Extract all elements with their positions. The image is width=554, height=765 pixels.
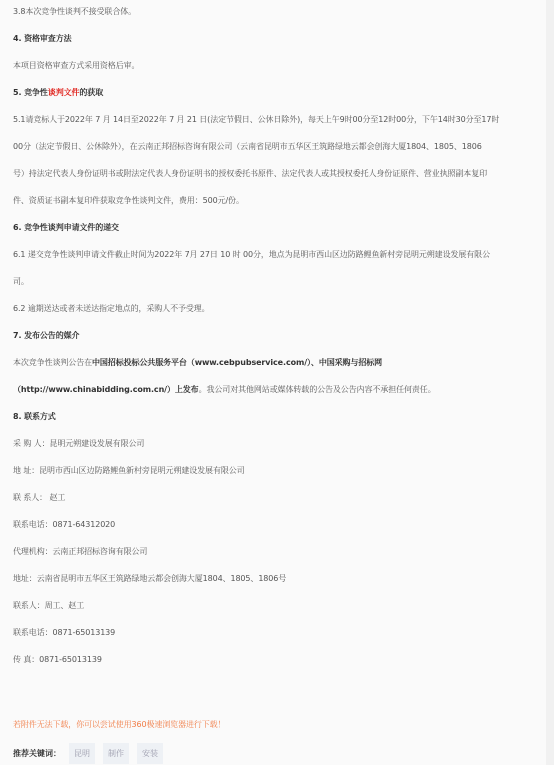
section-4-heading: 4. 资格审查方法 xyxy=(13,33,72,45)
chinabidding-link-text: （http://www.chinabidding.com.cn/）上发布 xyxy=(13,385,199,394)
keyword-tag[interactable]: 昆明 xyxy=(69,743,95,764)
purchaser-contact: 联 系人： 赵工 xyxy=(13,492,65,504)
section-7-line-2: （http://www.chinabidding.com.cn/）上发布。我公司… xyxy=(13,384,436,396)
section-5-line-4: 件、资质证书副本复印件获取竞争性谈判文件，费用：500元/份。 xyxy=(13,195,244,207)
purchaser-phone: 联系电话：0871-64312020 xyxy=(13,519,115,531)
clause-6-2: 6.2 逾期送达或者未送达指定地点的，采购人不予受理。 xyxy=(13,303,210,315)
agency-name: 代理机构：云南正邦招标咨询有限公司 xyxy=(13,546,147,558)
agency-address: 地址：云南省昆明市五华区王筑路绿地云都会创海大厦1804、1805、1806号 xyxy=(13,573,286,585)
section-7-heading: 7. 发布公告的媒介 xyxy=(13,330,79,342)
section-7-line-1-prefix: 本次竞争性谈判公告在 xyxy=(13,358,92,367)
section-8-heading: 8. 联系方式 xyxy=(13,411,56,423)
publication-platforms: 中国招标投标公共服务平台（www.cebpubservice.com/）、中国采… xyxy=(92,358,382,367)
agency-phone: 联系电话：0871-65013139 xyxy=(13,627,115,639)
section-7-line-1: 本次竞争性谈判公告在中国招标投标公共服务平台（www.cebpubservice… xyxy=(13,357,382,369)
section-6-heading: 6. 竞争性谈判申请文件的递交 xyxy=(13,222,119,234)
section-5-heading-prefix: 5. 竞争性 xyxy=(13,88,48,97)
recommended-keywords: 推荐关键词： 昆明 制作 安装 xyxy=(13,743,171,764)
agency-contact: 联系人：周工、赵工 xyxy=(13,600,84,612)
purchaser-address: 地 址：昆明市西山区边防路鲤鱼新村旁昆明元朔建设发展有限公司 xyxy=(13,465,245,477)
download-notice: 若附件无法下载，你可以尝试使用360极速浏览器进行下载！ xyxy=(13,719,225,731)
section-5-heading: 5. 竞争性谈判文件的获取 xyxy=(13,87,103,99)
section-5-line-2: 00分（法定节假日、公休除外），在云南正邦招标咨询有限公司（云南省昆明市五华区王… xyxy=(13,141,482,153)
section-4-body: 本项目资格审查方式采用资格后审。 xyxy=(13,60,139,72)
purchaser-name: 采 购 人：昆明元朔建设发展有限公司 xyxy=(13,438,144,450)
section-5-line-3: 号）持法定代表人身份证明书或附法定代表人身份证明书的授权委托书原件、法定代表人或… xyxy=(13,168,487,180)
section-5-heading-highlight: 谈判文件 xyxy=(48,88,80,97)
keywords-label: 推荐关键词： xyxy=(13,748,61,759)
section-5-line-1: 5.1请竞标人于2022年 7 月 14日至2022年 7 月 21 日(法定节… xyxy=(13,114,499,126)
right-sidebar-edge xyxy=(546,0,554,765)
clause-6-1-line-1: 6.1 递交竞争性谈判申请文件截止时间为2022年 7月 27日 10 时 00… xyxy=(13,249,490,261)
section-5-heading-suffix: 的获取 xyxy=(79,88,103,97)
clause-6-1-line-2: 司。 xyxy=(13,276,29,288)
section-7-line-2-suffix: 。我公司对其他网站或媒体转载的公告及公告内容不承担任何责任。 xyxy=(199,385,436,394)
clause-3-8: 3.8本次竞争性谈判不接受联合体。 xyxy=(13,6,136,18)
keyword-tag[interactable]: 安装 xyxy=(137,743,163,764)
keyword-tag[interactable]: 制作 xyxy=(103,743,129,764)
agency-fax: 传 真：0871-65013139 xyxy=(13,654,102,666)
